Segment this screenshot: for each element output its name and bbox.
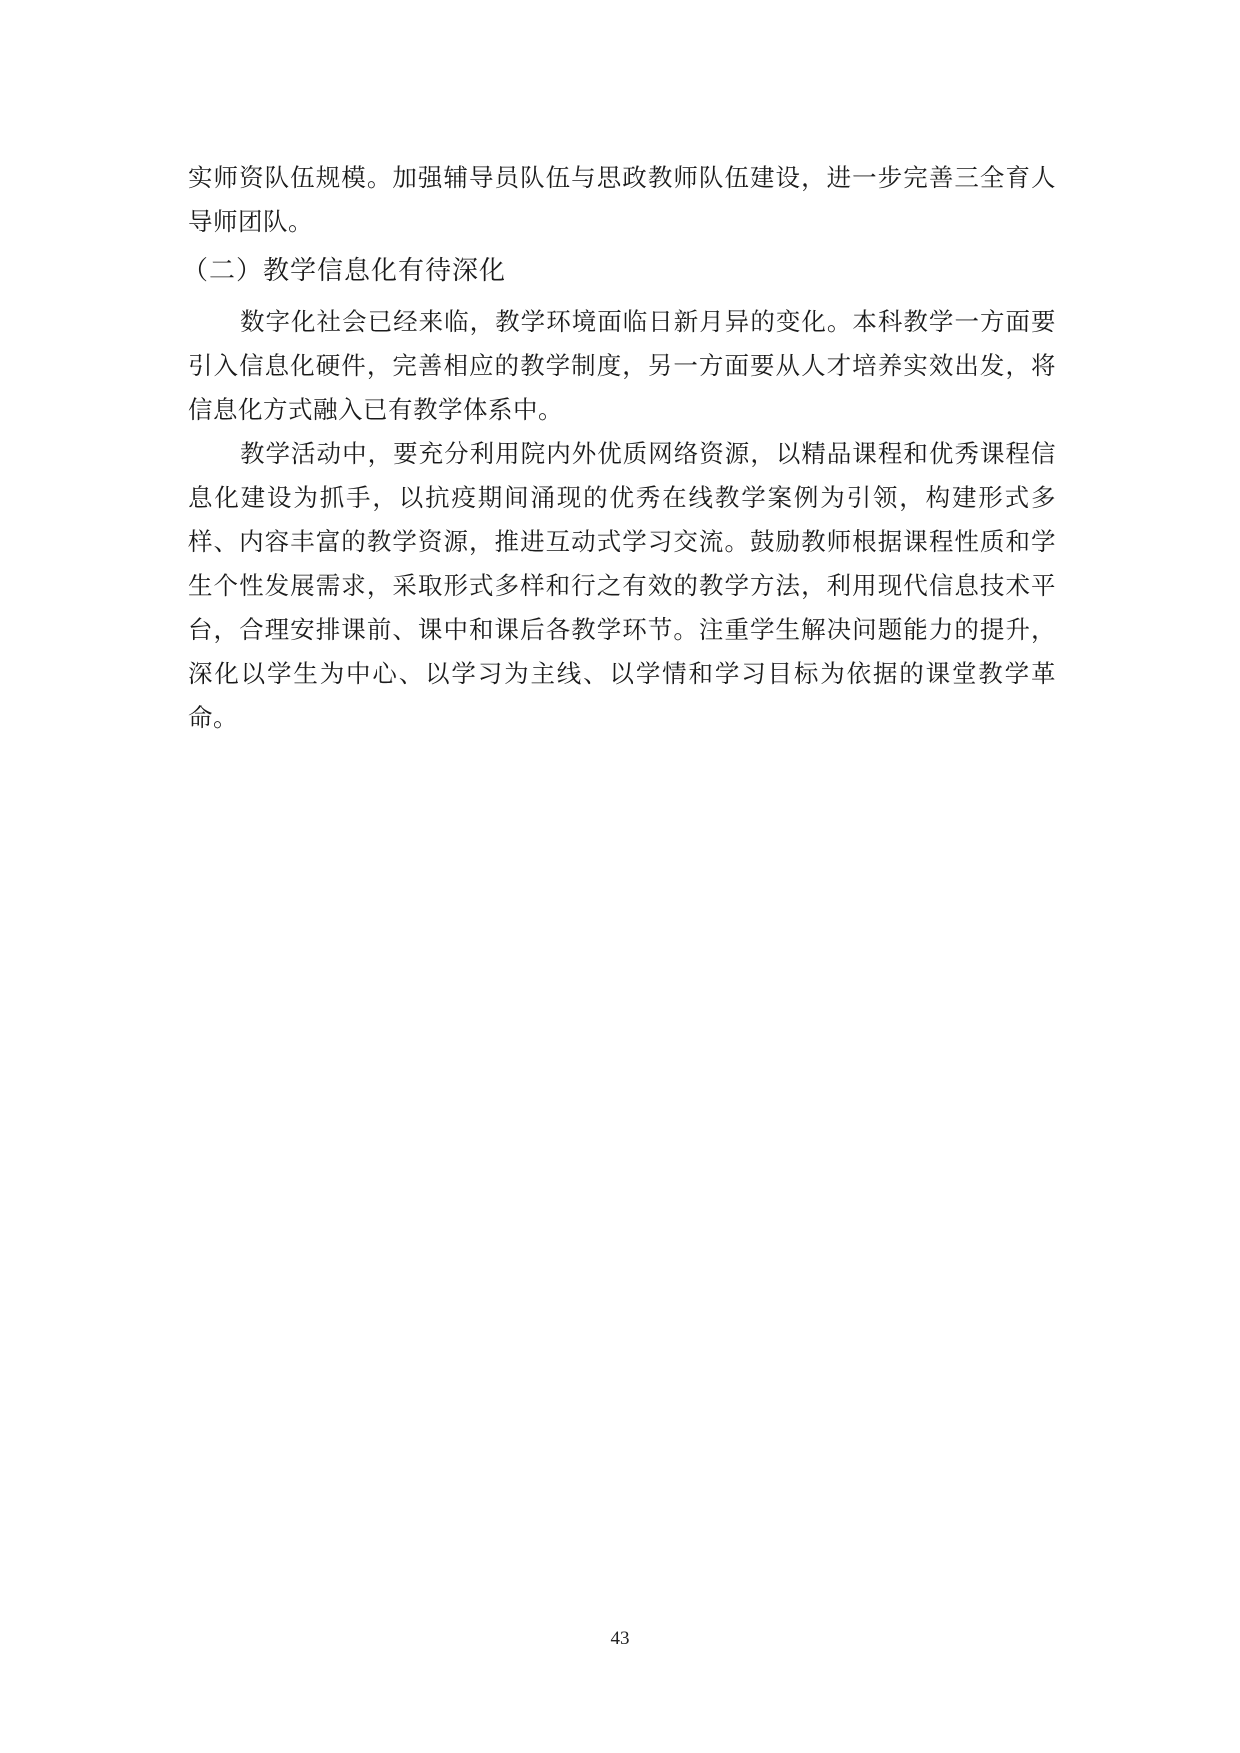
page-number: 43 (0, 1628, 1240, 1650)
continued-paragraph: 实师资队伍规模。加强辅导员队伍与思政教师队伍建设，进一步完善三全育人导师团队。 (188, 156, 1056, 244)
page-content: 实师资队伍规模。加强辅导员队伍与思政教师队伍建设，进一步完善三全育人导师团队。 … (188, 156, 1056, 740)
section-heading: （二）教学信息化有待深化 (182, 248, 1056, 294)
document-page: 实师资队伍规模。加强辅导员队伍与思政教师队伍建设，进一步完善三全育人导师团队。 … (0, 0, 1240, 1753)
body-paragraph-1: 数字化社会已经来临，教学环境面临日新月异的变化。本科教学一方面要引入信息化硬件，… (188, 300, 1056, 432)
body-paragraph-2: 教学活动中，要充分利用院内外优质网络资源，以精品课程和优秀课程信息化建设为抓手，… (188, 432, 1056, 740)
